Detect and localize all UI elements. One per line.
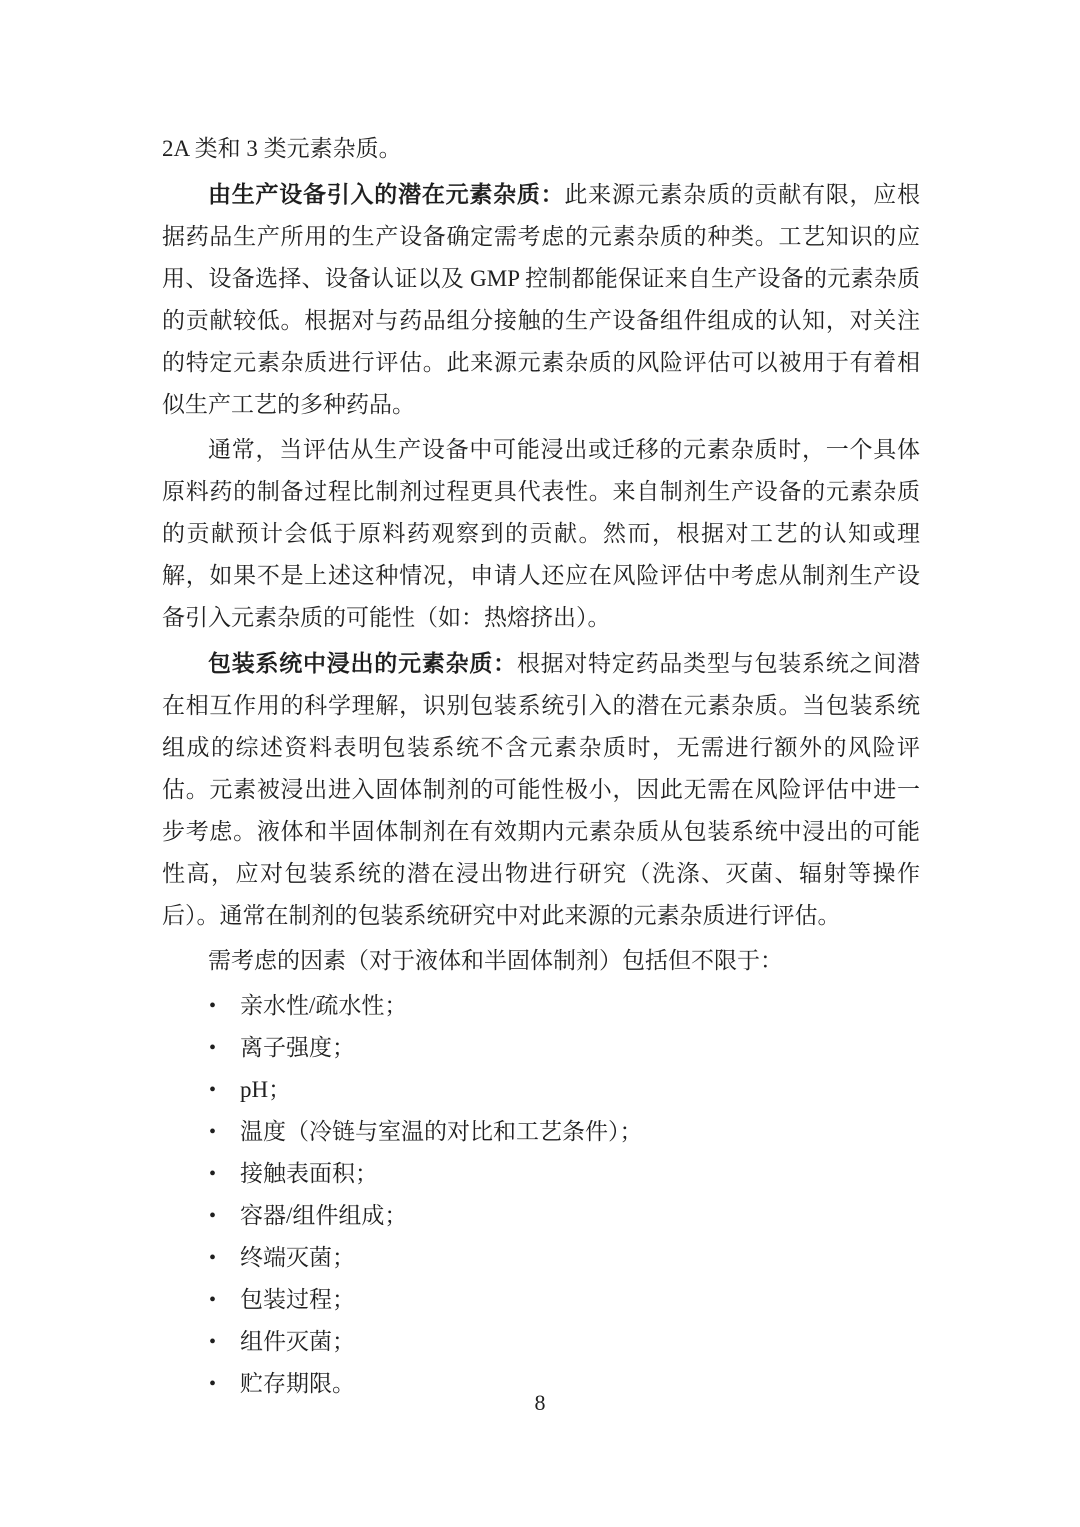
paragraph: 需考虑的因素（对于液体和半固体制剂）包括但不限于： [162,940,920,982]
page-number: 8 [0,1388,1080,1418]
list-item-text: 包装过程； [240,1287,355,1312]
bullet-icon: • [209,1237,216,1279]
list-item: •终端灭菌； [162,1237,920,1279]
paragraph-text: 2A 类和 3 类元素杂质。 [162,136,402,161]
list-item: •组件灭菌； [162,1321,920,1363]
list-item: •亲水性/疏水性； [162,985,920,1027]
bullet-icon: • [209,1027,216,1069]
list-item-text: 终端灭菌； [240,1245,355,1270]
list-item-text: 容器/组件组成； [240,1203,407,1228]
bullet-list: •亲水性/疏水性； •离子强度； •pH； •温度（冷链与室温的对比和工艺条件）… [162,985,920,1405]
list-item: •包装过程； [162,1279,920,1321]
paragraph-text: 需考虑的因素（对于液体和半固体制剂）包括但不限于： [208,948,783,973]
paragraph: 2A 类和 3 类元素杂质。 [162,128,920,170]
list-item: •容器/组件组成； [162,1195,920,1237]
paragraph: 由生产设备引入的潜在元素杂质：此来源元素杂质的贡献有限，应根据药品生产所用的生产… [162,173,920,426]
bullet-icon: • [209,985,216,1027]
paragraph-lead: 由生产设备引入的潜在元素杂质： [208,181,564,207]
paragraph: 通常，当评估从生产设备中可能浸出或迁移的元素杂质时，一个具体原料药的制备过程比制… [162,429,920,639]
bullet-icon: • [209,1321,216,1363]
bullet-icon: • [209,1111,216,1153]
bullet-icon: • [209,1279,216,1321]
paragraph: 包装系统中浸出的元素杂质：根据对特定药品类型与包装系统之间潜在相互作用的科学理解… [162,642,920,937]
bullet-icon: • [209,1069,216,1111]
list-item-text: 组件灭菌； [240,1329,355,1354]
list-item: •接触表面积； [162,1153,920,1195]
paragraph-text: 通常，当评估从生产设备中可能浸出或迁移的元素杂质时，一个具体原料药的制备过程比制… [162,437,920,630]
list-item-text: 接触表面积； [240,1161,378,1186]
document-body: 2A 类和 3 类元素杂质。 由生产设备引入的潜在元素杂质：此来源元素杂质的贡献… [162,128,920,1405]
list-item: •离子强度； [162,1027,920,1069]
bullet-icon: • [209,1195,216,1237]
list-item-text: 温度（冷链与室温的对比和工艺条件）； [240,1119,643,1144]
paragraph-text: 根据对特定药品类型与包装系统之间潜在相互作用的科学理解，识别包装系统引入的潜在元… [162,651,920,928]
list-item: •pH； [162,1069,920,1111]
list-item-text: 离子强度； [240,1035,355,1060]
paragraph-lead: 包装系统中浸出的元素杂质： [208,650,517,676]
paragraph-text: 此来源元素杂质的贡献有限，应根据药品生产所用的生产设备确定需考虑的元素杂质的种类… [162,182,920,417]
document-page: 2A 类和 3 类元素杂质。 由生产设备引入的潜在元素杂质：此来源元素杂质的贡献… [0,0,1080,1527]
list-item: •温度（冷链与室温的对比和工艺条件）； [162,1111,920,1153]
list-item-text: 亲水性/疏水性； [240,993,407,1018]
list-item-text: pH； [240,1077,291,1102]
bullet-icon: • [209,1153,216,1195]
